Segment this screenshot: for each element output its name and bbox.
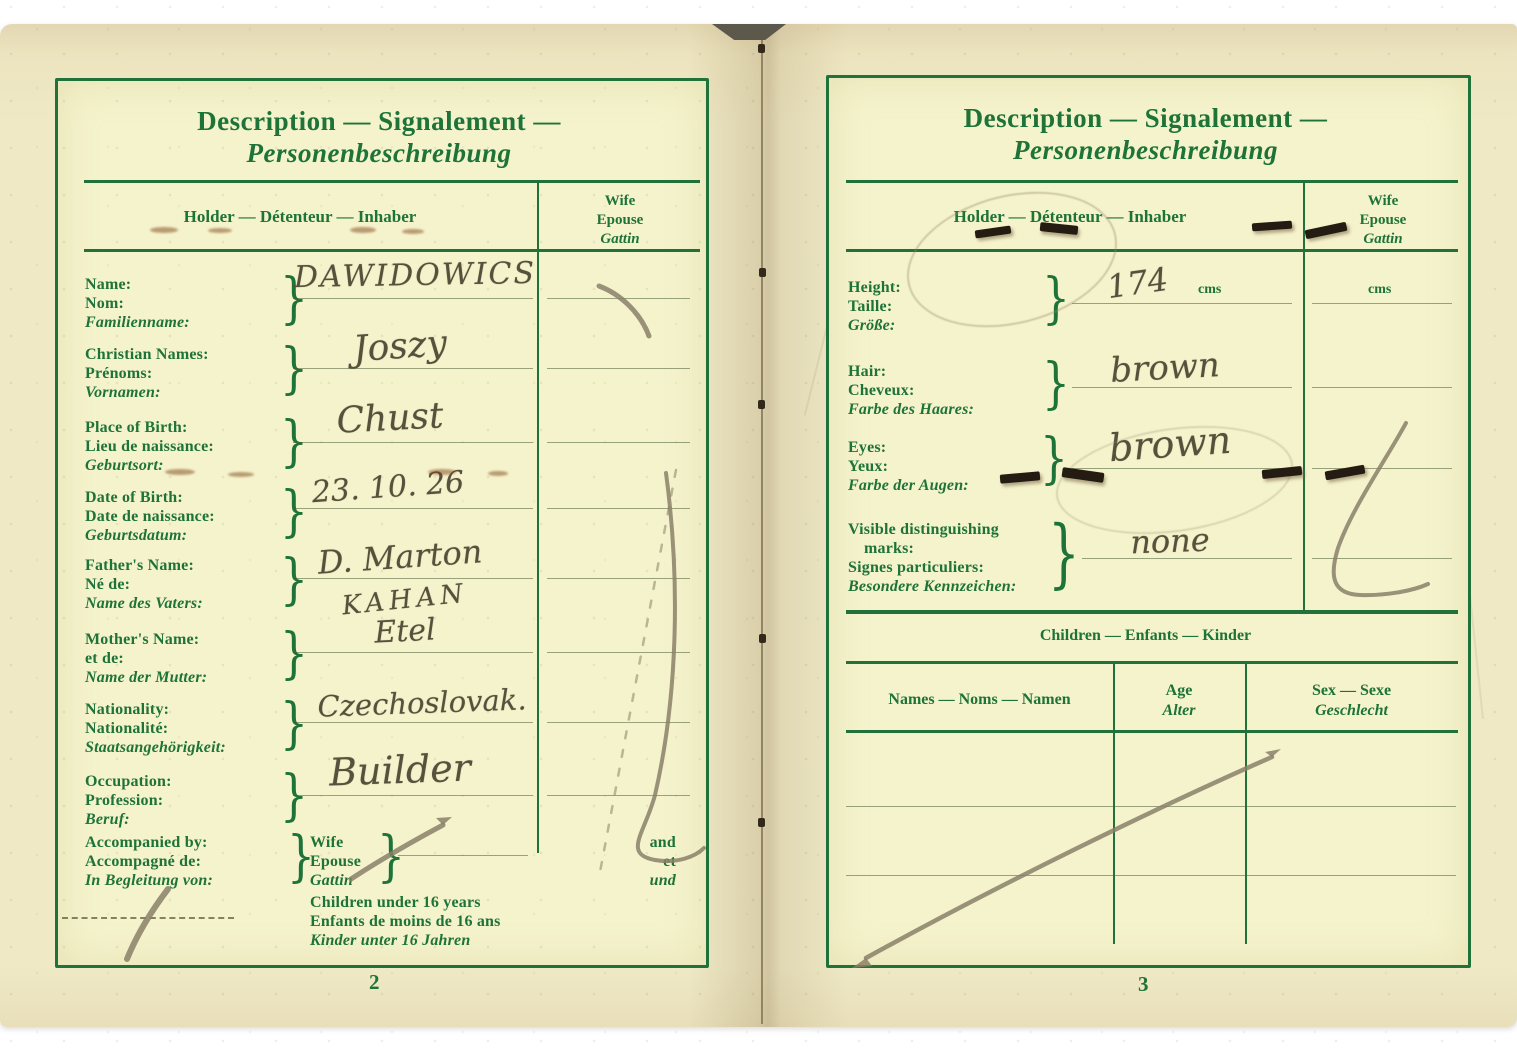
- wife-column-header: Wife Epouse Gattin: [1308, 192, 1458, 249]
- wife-header-line: Gattin: [545, 230, 695, 249]
- field-label-distinguishing-marks: Visible distinguishing marks: Signes par…: [848, 520, 1016, 596]
- table-row-line: [846, 875, 1456, 876]
- field-label-eyes: Eyes: Yeux: Farbe der Augen:: [848, 438, 969, 495]
- field-label-fathers-name: Father's Name: Né de: Name des Vaters:: [85, 556, 203, 613]
- table-row-line: [846, 806, 1456, 807]
- stitch-knot: [758, 400, 765, 409]
- writing-line-wife: [1312, 468, 1452, 469]
- writing-line-wife: [547, 442, 690, 443]
- unit-cms: cms: [1198, 282, 1221, 298]
- rust-smudge: [350, 227, 376, 233]
- writing-line-wife: [1312, 558, 1452, 559]
- field-label-christian-names: Christian Names: Prénoms: Vornamen:: [85, 345, 209, 402]
- header-rule: [84, 249, 700, 252]
- stitch-knot: [758, 44, 765, 53]
- brace-glyph: }: [1048, 516, 1080, 591]
- section-rule: [846, 610, 1458, 614]
- signature-dashed-line: [62, 917, 234, 919]
- stitch-knot: [759, 634, 766, 643]
- handwritten-mother-name: Etel: [339, 611, 471, 653]
- field-label-hair: Hair: Cheveux: Farbe des Haares:: [848, 362, 974, 419]
- page-subtitle: Personenbeschreibung: [826, 135, 1465, 166]
- children-section-title: Children — Enfants — Kinder: [826, 626, 1465, 646]
- page-title: Description — Signalement —: [55, 106, 703, 137]
- brace-glyph: }: [280, 627, 308, 682]
- page-number-right: 3: [1138, 972, 1149, 997]
- table-rule: [846, 661, 1458, 664]
- table-rule: [846, 730, 1458, 733]
- table-column-divider: [1113, 663, 1115, 944]
- rust-smudge: [165, 469, 195, 475]
- writing-line: [398, 855, 528, 856]
- field-label-mothers-name: Mother's Name: et de: Name der Mutter:: [85, 630, 207, 687]
- writing-line-wife: [547, 795, 690, 796]
- rust-smudge: [150, 227, 178, 233]
- writing-line-wife: [1312, 387, 1452, 388]
- stitch-knot: [758, 818, 765, 827]
- writing-line-wife: [547, 508, 690, 509]
- handwritten-occupation: Builder: [289, 744, 510, 796]
- rust-smudge: [228, 472, 254, 477]
- handwritten-hair-color: brown: [1084, 344, 1246, 392]
- binding-gutter-shadow: [688, 24, 848, 1027]
- wife-column-divider: [1303, 182, 1305, 612]
- holder-header: Holder — Détenteur — Inhaber: [70, 207, 530, 227]
- field-label-accompanied-by: Accompanied by: Accompagné de: In Beglei…: [85, 833, 213, 890]
- accompanied-and-words: and et und: [636, 833, 676, 890]
- writing-line-wife: [1312, 303, 1452, 304]
- field-label-occupation: Occupation: Profession: Beruf:: [85, 772, 172, 829]
- rust-smudge: [488, 471, 508, 476]
- writing-line-wife: [547, 368, 690, 369]
- wife-header-line: Wife: [545, 192, 695, 211]
- scanned-passport-spread: Description — Signalement — Personenbesc…: [0, 0, 1517, 1060]
- page-title: Description — Signalement —: [826, 103, 1465, 134]
- table-column-divider: [1245, 663, 1247, 944]
- field-label-date-of-birth: Date of Birth: Date de naissance: Geburt…: [85, 488, 215, 545]
- header-rule: [84, 180, 700, 183]
- field-label-height: Height: Taille: Größe:: [848, 278, 901, 335]
- children-col-names: Names — Noms — Namen: [846, 690, 1113, 710]
- field-label-place-of-birth: Place of Birth: Lieu de naissance: Gebur…: [85, 418, 214, 475]
- field-label-nationality: Nationality: Nationalité: Staatsangehöri…: [85, 700, 226, 757]
- writing-line: [293, 652, 533, 653]
- header-rule: [846, 180, 1458, 183]
- wife-header-line: Epouse: [545, 211, 695, 230]
- wife-column-header: Wife Epouse Gattin: [545, 192, 695, 249]
- rust-smudge: [428, 469, 456, 475]
- page-subtitle: Personenbeschreibung: [55, 138, 703, 169]
- writing-line-wife: [547, 298, 690, 299]
- stitch-knot: [759, 268, 766, 277]
- brace-glyph: }: [377, 830, 405, 885]
- field-label-name: Name: Nom: Familienname:: [85, 275, 190, 332]
- brace-glyph: }: [1042, 357, 1070, 412]
- accompanied-wife-words: Wife Epouse Gattin: [310, 833, 361, 890]
- writing-line-wife: [547, 722, 690, 723]
- children-col-age: Age Alter: [1113, 681, 1245, 721]
- rust-smudge: [402, 229, 424, 234]
- children-under-16-note: Children under 16 years Enfants de moins…: [310, 893, 501, 950]
- unit-cms-wife: cms: [1368, 282, 1391, 298]
- rust-smudge: [208, 228, 232, 233]
- writing-line: [293, 298, 533, 299]
- wife-header-line: Wife: [1308, 192, 1458, 211]
- children-col-sex: Sex — Sexe Geschlecht: [1245, 681, 1458, 721]
- writing-line-wife: [547, 652, 690, 653]
- page-number-left: 2: [369, 970, 380, 995]
- writing-line: [293, 795, 533, 796]
- writing-line-wife: [547, 578, 690, 579]
- handwritten-surname: DAWIDOWICS: [290, 256, 541, 295]
- stitch-line: [761, 32, 763, 1024]
